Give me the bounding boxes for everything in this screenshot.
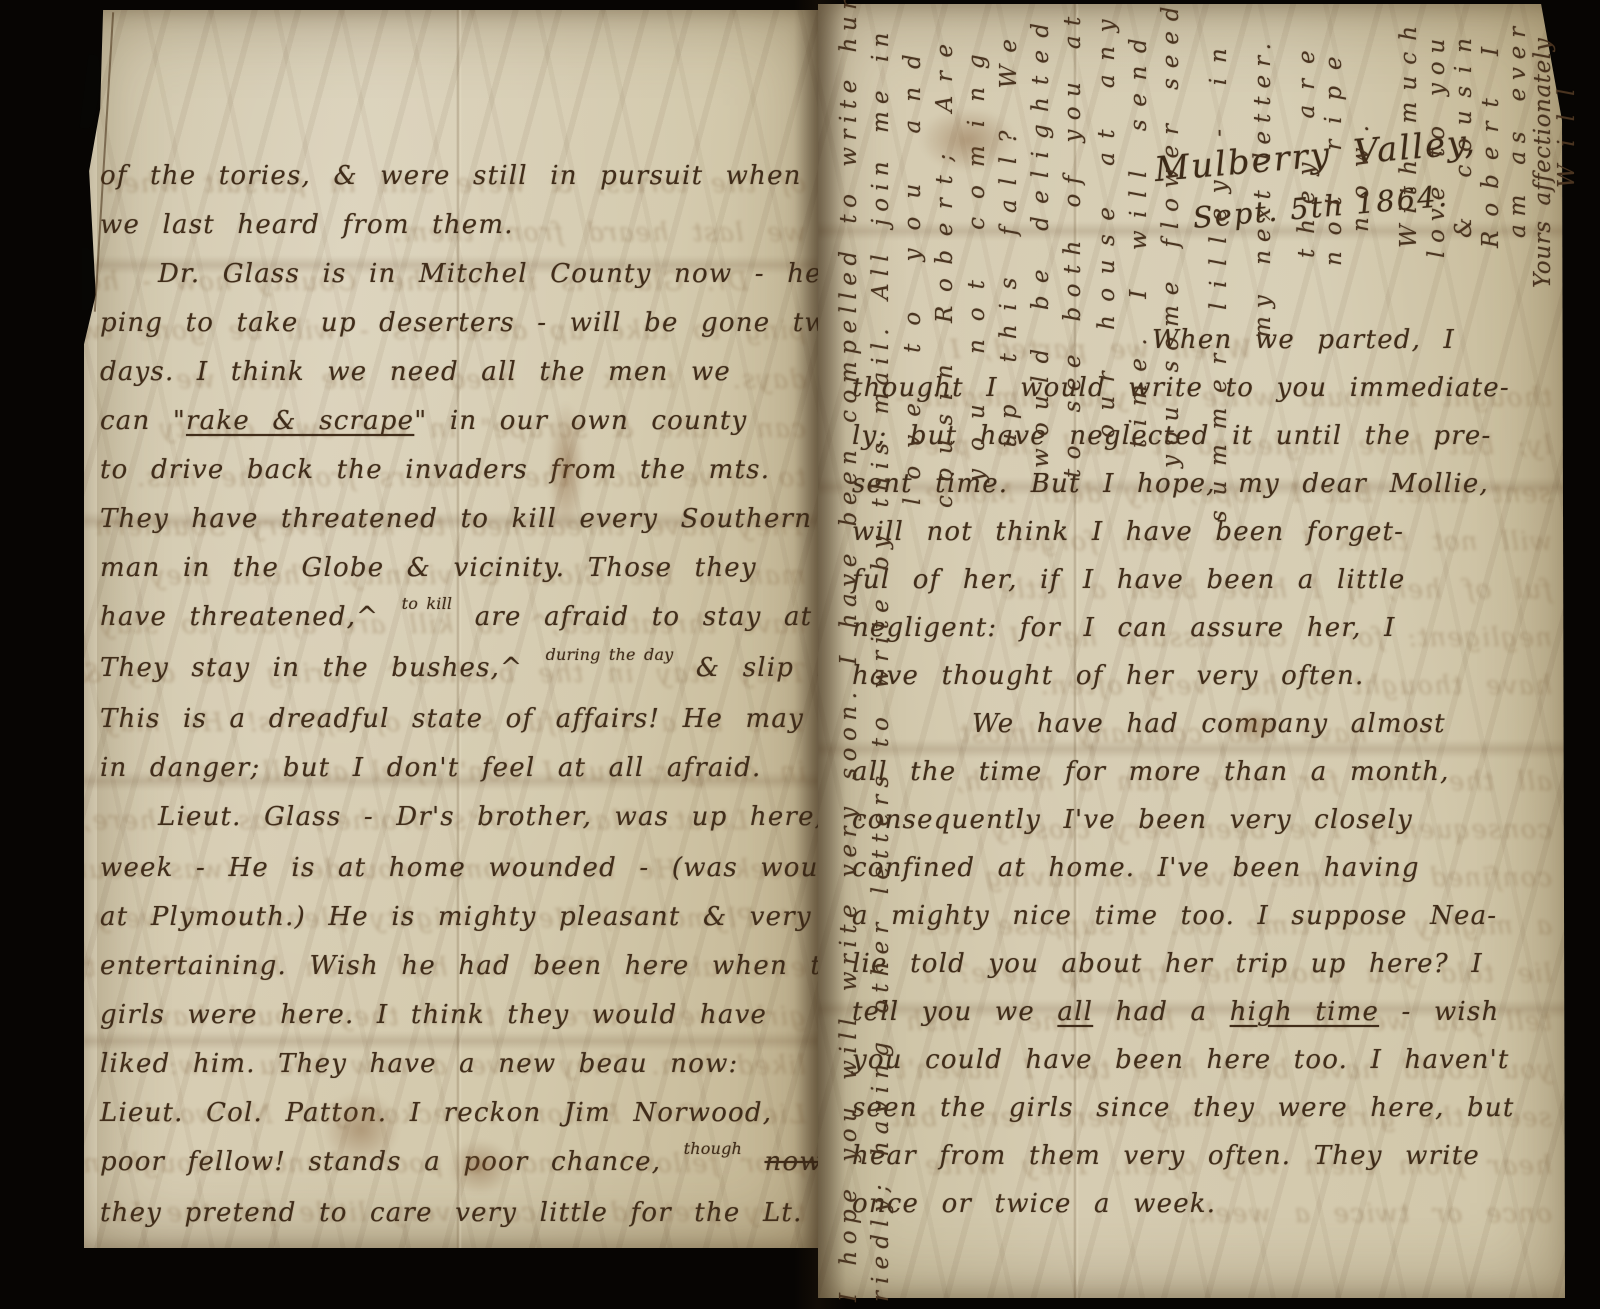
- heading-date: Sept. 5th 1864.: [1191, 176, 1482, 235]
- letter-line: have threatened,^ to kill are afraid to …: [100, 593, 806, 644]
- letter-line: confined at home. I've been having: [852, 844, 1552, 892]
- letter-text: you could have been here too. I haven't: [852, 1045, 1510, 1075]
- inserted-word: to kill: [402, 579, 453, 628]
- letter-line: poor fellow! stands a poor chance, thoug…: [100, 1138, 806, 1189]
- letter-line: liked him. They have a new beau now:: [100, 1040, 806, 1089]
- letter-text: ly; but have neglected it until the pre-: [852, 421, 1491, 451]
- letter-scan: of the tories, & were still in pursuit w…: [0, 0, 1600, 1309]
- letter-text: had a: [1093, 997, 1230, 1027]
- letter-text: can ": [100, 406, 186, 436]
- letter-text: We have had company almost: [972, 709, 1446, 739]
- letter-line: week - He is at home wounded - (was woun…: [100, 844, 806, 893]
- letter-line: to drive back the invaders from the mts.: [100, 446, 806, 495]
- letter-text: seen the girls since they were here, but: [852, 1093, 1514, 1123]
- letter-line: will not think I have been forget-: [852, 508, 1552, 556]
- letter-line: sent time. But I hope, my dear Mollie,: [852, 460, 1552, 508]
- underlined-phrase: all: [1057, 997, 1093, 1027]
- letter-line: ful of her, if I have been a little: [852, 556, 1552, 604]
- letter-text: thought I would write to you immediate-: [852, 373, 1510, 403]
- letter-line: of the tories, & were still in pursuit w…: [100, 152, 806, 201]
- letter-line: They stay in the bushes,^ during the day…: [100, 644, 806, 695]
- letter-line: you could have been here too. I haven't: [852, 1036, 1552, 1084]
- letter-text: Lieut. Col. Patton. I reckon Jim Norwood…: [100, 1098, 772, 1128]
- letter-text: girls were here. I think they would have: [100, 1000, 767, 1030]
- letter-text: They have threatened to kill every South…: [100, 504, 812, 534]
- letter-text: hear from them very often. They write: [852, 1141, 1480, 1171]
- letter-line: ping to take up deserters - will be gone…: [100, 299, 806, 348]
- letter-text: a mighty nice time too. I suppose Nea-: [852, 901, 1497, 931]
- letter-text: lie told you about her trip up here? I: [852, 949, 1483, 979]
- torn-edge: [82, 248, 94, 310]
- letter-text: of the tories, & were still in pursuit w…: [100, 161, 802, 191]
- letter-text: They stay in the bushes,^: [100, 653, 546, 683]
- letter-line: lie told you about her trip up here? I: [852, 940, 1552, 988]
- letter-line: negligent: for I can assure her, I: [852, 604, 1552, 652]
- letter-line: consequently I've been very closely: [852, 796, 1552, 844]
- letter-text: all the time for more than a month,: [852, 757, 1450, 787]
- letter-text: have threatened,^: [100, 602, 402, 632]
- letter-text: once or twice a week.: [852, 1189, 1216, 1219]
- letter-line: all the time for more than a month,: [852, 748, 1552, 796]
- underlined-phrase: rake & scrape: [186, 406, 414, 436]
- letter-text: to drive back the invaders from the mts.: [100, 455, 770, 485]
- letter-page-right: When we parted, Ithought I would write t…: [818, 4, 1565, 1298]
- left-page-text: of the tories, & were still in pursuit w…: [100, 152, 806, 1238]
- letter-line: days. I think we need all the men we: [100, 348, 806, 397]
- letter-line: When we parted, I: [852, 316, 1552, 364]
- letter-line: entertaining. Wish he had been here when…: [100, 942, 806, 991]
- letter-text: This is a dreadful state of affairs! He …: [100, 704, 861, 734]
- letter-text: Lieut. Glass - Dr's brother, was up here…: [158, 802, 847, 832]
- letter-text: ping to take up deserters - will be gone…: [100, 308, 890, 338]
- letter-line: we last heard from them.: [100, 201, 806, 250]
- letter-line: thought I would write to you immediate-: [852, 364, 1552, 412]
- inserted-word: during the day: [546, 630, 674, 679]
- letter-line: a mighty nice time too. I suppose Nea-: [852, 892, 1552, 940]
- letter-text: we last heard from them.: [100, 210, 514, 240]
- letter-text: When we parted, I: [1152, 325, 1455, 355]
- letter-line: in danger; but I don't feel at all afrai…: [100, 744, 806, 793]
- letter-text: ful of her, if I have been a little: [852, 565, 1405, 595]
- letter-line: have thought of her very often.: [852, 652, 1552, 700]
- letter-text: days. I think we need all the men we: [100, 357, 731, 387]
- letter-text: Dr. Glass is in Mitchel County now - hel…: [158, 259, 841, 289]
- letter-line: They have threatened to kill every South…: [100, 495, 806, 544]
- letter-text: poor fellow! stands a poor chance,: [100, 1147, 684, 1177]
- letter-text: " in our own county: [414, 406, 747, 436]
- letter-text: in danger; but I don't feel at all afrai…: [100, 753, 762, 783]
- letter-text: entertaining. Wish he had been here when…: [100, 951, 857, 981]
- letter-text: negligent: for I can assure her, I: [852, 613, 1396, 643]
- letter-line: Lieut. Glass - Dr's brother, was up here…: [100, 793, 806, 844]
- letter-text: tell you we: [852, 997, 1057, 1027]
- letter-text: at Plymouth.) He is mighty pleasant & ve…: [100, 902, 812, 932]
- letter-line: tell you we all had a high time - wish: [852, 988, 1552, 1036]
- letter-heading: Mulberry Valley, Sept. 5th 1864.: [1153, 122, 1483, 238]
- letter-line: man in the Globe & vicinity. Those they: [100, 544, 806, 593]
- letter-line: We have had company almost: [852, 700, 1552, 748]
- letter-line: once or twice a week.: [852, 1180, 1552, 1228]
- letter-line: they pretend to care very little for the…: [100, 1189, 806, 1238]
- letter-text: liked him. They have a new beau now:: [100, 1049, 739, 1079]
- letter-line: This is a dreadful state of affairs! He …: [100, 695, 806, 744]
- inserted-word: though: [684, 1124, 742, 1173]
- letter-line: ly; but have neglected it until the pre-: [852, 412, 1552, 460]
- letter-page-left: of the tories, & were still in pursuit w…: [84, 10, 818, 1248]
- letter-text: [742, 1147, 764, 1177]
- letter-line: girls were here. I think they would have: [100, 991, 806, 1040]
- underlined-phrase: high time: [1230, 997, 1379, 1027]
- right-page-text: When we parted, Ithought I would write t…: [852, 316, 1552, 1228]
- letter-line: seen the girls since they were here, but: [852, 1084, 1552, 1132]
- letter-line: hear from them very often. They write: [852, 1132, 1552, 1180]
- letter-text: consequently I've been very closely: [852, 805, 1413, 835]
- letter-text: they pretend to care very little for the…: [100, 1198, 882, 1228]
- letter-text: week - He is at home wounded - (was woun…: [100, 853, 889, 883]
- letter-text: - wish: [1379, 997, 1499, 1027]
- letter-text: have thought of her very often.: [852, 661, 1364, 691]
- letter-line: Dr. Glass is in Mitchel County now - hel…: [100, 250, 806, 299]
- letter-text: sent time. But I hope, my dear Mollie,: [852, 469, 1489, 499]
- letter-text: confined at home. I've been having: [852, 853, 1420, 883]
- letter-line: can "rake & scrape" in our own county: [100, 397, 806, 446]
- letter-line: at Plymouth.) He is mighty pleasant & ve…: [100, 893, 806, 942]
- letter-text: will not think I have been forget-: [852, 517, 1404, 547]
